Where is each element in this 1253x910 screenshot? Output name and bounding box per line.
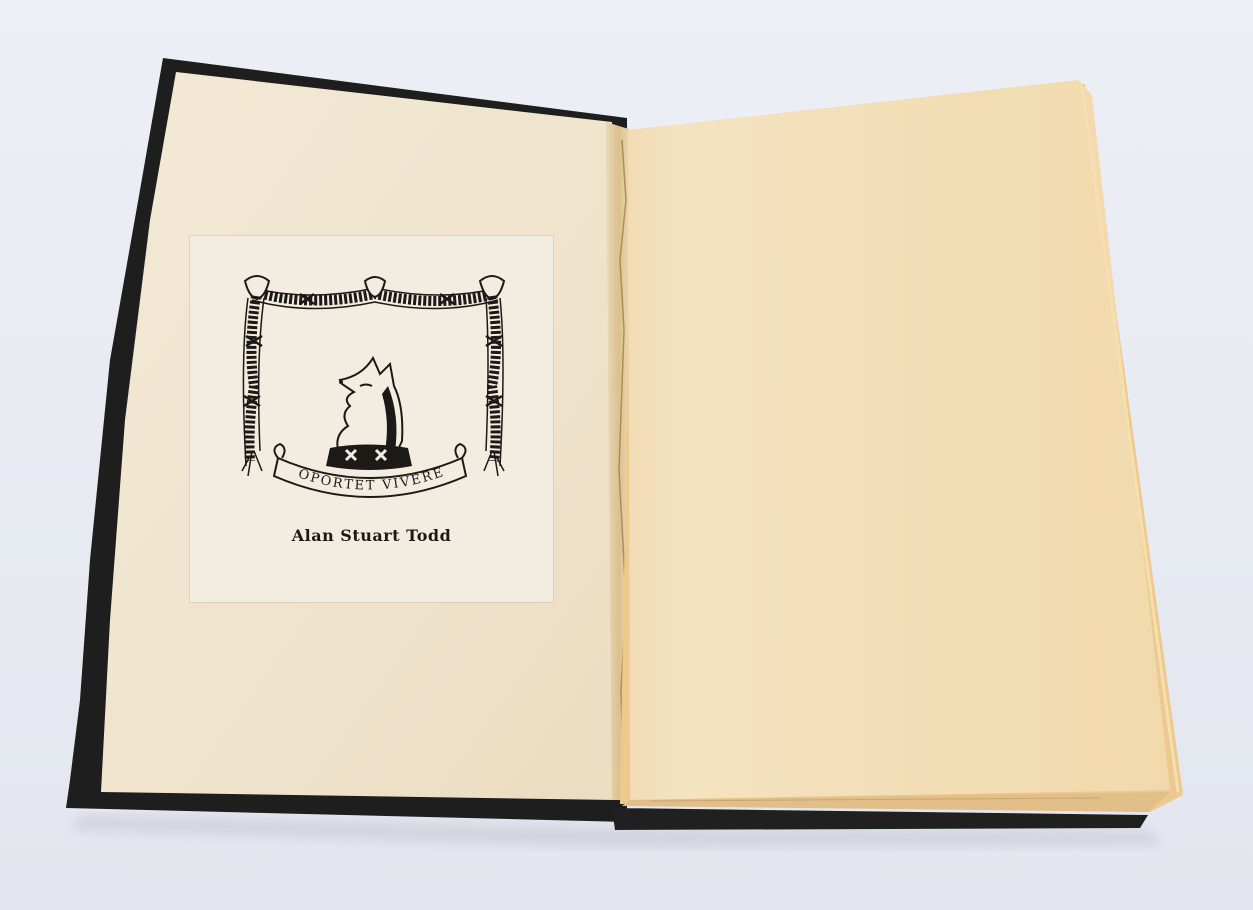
bookplate: OPORTET VIVERE Alan Stuart Todd <box>190 236 553 602</box>
right-flyleaf <box>628 80 1170 800</box>
bookplate-engraving: OPORTET VIVERE <box>190 236 553 602</box>
book-illustration <box>0 0 1253 910</box>
fox-head-icon <box>326 358 412 470</box>
owner-name: Alan Stuart Todd <box>190 526 553 545</box>
book-photo: OPORTET VIVERE Alan Stuart Todd <box>0 0 1253 910</box>
